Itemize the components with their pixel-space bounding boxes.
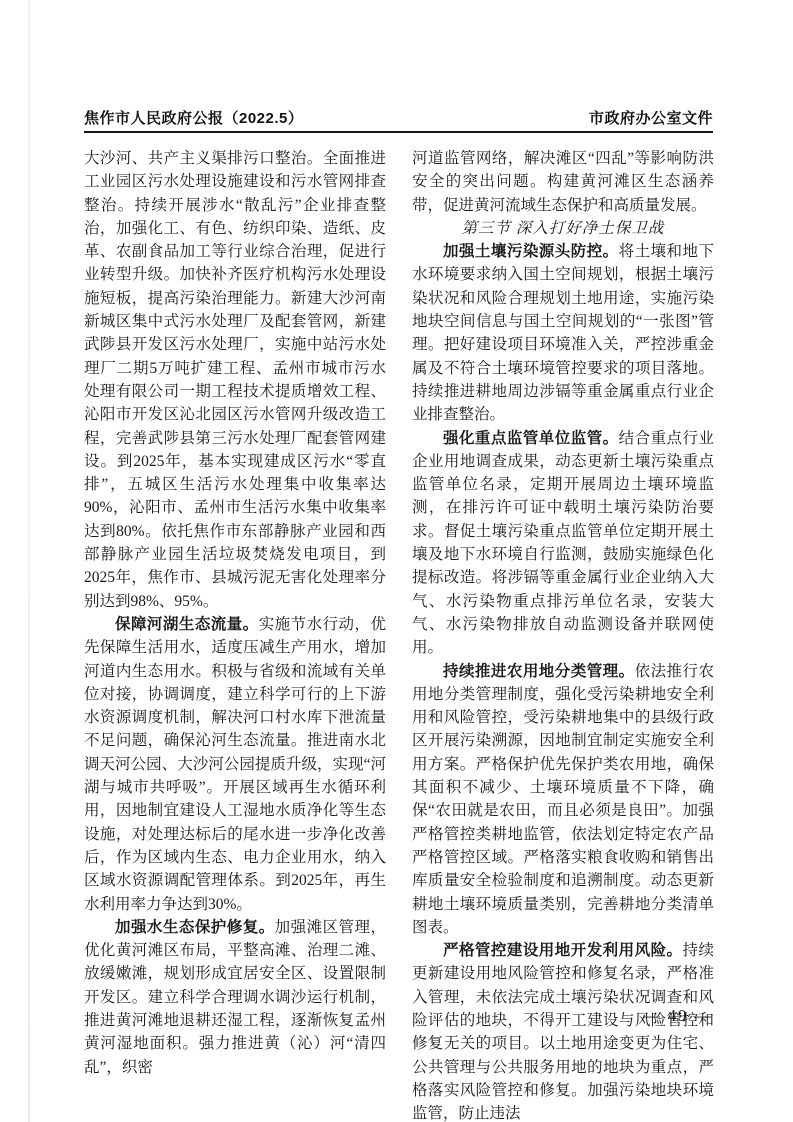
section-heading: 第三节 深入打好净土保卫战 — [412, 217, 714, 240]
run-in-heading: 加强土壤污染源头防控。 — [443, 243, 619, 260]
paragraph-text: 河道监管网络，解决滩区“四乱”等影响防洪安全的突出问题。构建黄河滩区生态涵养带，… — [412, 150, 714, 214]
run-in-heading: 保障河湖生态流量。 — [115, 616, 259, 633]
header-publication-title: 焦作市人民政府公报（2022.5） — [84, 107, 303, 128]
scan-edge-shadow — [28, 0, 30, 1122]
paragraph-text: 依法推行农用地分类管理制度，强化受污染耕地安全利用和风险管控，受污染耕地集中的县… — [412, 663, 714, 936]
paragraph: 加强水生态保护修复。加强滩区管理，优化黄河滩区布局，平整高滩、治理二滩、放缓嫩滩… — [84, 916, 386, 1079]
left-column: 大沙河、共产主义渠排污口整治。全面推进工业园区污水处理设施建设和污水管网排查整治… — [84, 147, 386, 1122]
paragraph: 保障河湖生态流量。实施节水行动，优先保障生活用水，适度压减生产用水，增加河道内生… — [84, 613, 386, 916]
paragraph-continuation: 河道监管网络，解决滩区“四乱”等影响防洪安全的突出问题。构建黄河滩区生态涵养带，… — [412, 147, 714, 217]
run-in-heading: 强化重点监管单位监管。 — [443, 430, 619, 447]
paragraph-continuation: 大沙河、共产主义渠排污口整治。全面推进工业园区污水处理设施建设和污水管网排查整治… — [84, 147, 386, 613]
paragraph-text: 结合重点行业企业用地调查成果，动态更新土壤污染重点监管单位名录，定期开展周边土壤… — [412, 430, 714, 657]
paragraph-text: 将土壤和地下水环境要求纳入国土空间规划，根据土壤污染状况和风险合理规划土地用途，… — [412, 243, 714, 423]
right-column: 河道监管网络，解决滩区“四乱”等影响防洪安全的突出问题。构建黄河滩区生态涵养带，… — [412, 147, 714, 1122]
paragraph: 持续推进农用地分类管理。依法推行农用地分类管理制度，强化受污染耕地安全利用和风险… — [412, 660, 714, 940]
header-divider-rule — [84, 131, 713, 133]
body-columns: 大沙河、共产主义渠排污口整治。全面推进工业园区污水处理设施建设和污水管网排查整治… — [84, 147, 714, 1122]
paragraph: 严格管控建设用地开发利用风险。持续更新建设用地风险管控和修复名录，严格准入管理，… — [412, 939, 714, 1122]
paragraph: 强化重点监管单位监管。结合重点行业企业用地调查成果，动态更新土壤污染重点监管单位… — [412, 427, 714, 660]
header-document-type: 市政府办公室文件 — [589, 107, 713, 128]
document-page: 焦作市人民政府公报（2022.5） 市政府办公室文件 大沙河、共产主义渠排污口整… — [0, 0, 793, 1122]
paragraph: 加强土壤污染源头防控。将土壤和地下水环境要求纳入国土空间规划，根据土壤污染状况和… — [412, 240, 714, 426]
paragraph-text: 大沙河、共产主义渠排污口整治。全面推进工业园区污水处理设施建设和污水管网排查整治… — [84, 150, 386, 610]
paragraph-text: 加强滩区管理，优化黄河滩区布局，平整高滩、治理二滩、放缓嫩滩，规划形成宜居安全区… — [84, 919, 386, 1076]
run-in-heading: 持续推进农用地分类管理。 — [443, 663, 635, 680]
page-number: — 49 — — [643, 1006, 713, 1026]
page-header: 焦作市人民政府公报（2022.5） 市政府办公室文件 — [84, 107, 713, 128]
paragraph-text: 持续更新建设用地风险管控和修复名录，严格准入管理，未依法完成土壤污染状况调查和风… — [412, 942, 714, 1122]
paragraph-text: 实施节水行动，优先保障生活用水，适度压减生产用水，增加河道内生态用水。积极与省级… — [84, 616, 386, 913]
run-in-heading: 加强水生态保护修复。 — [115, 919, 275, 936]
run-in-heading: 严格管控建设用地开发利用风险。 — [443, 942, 683, 959]
